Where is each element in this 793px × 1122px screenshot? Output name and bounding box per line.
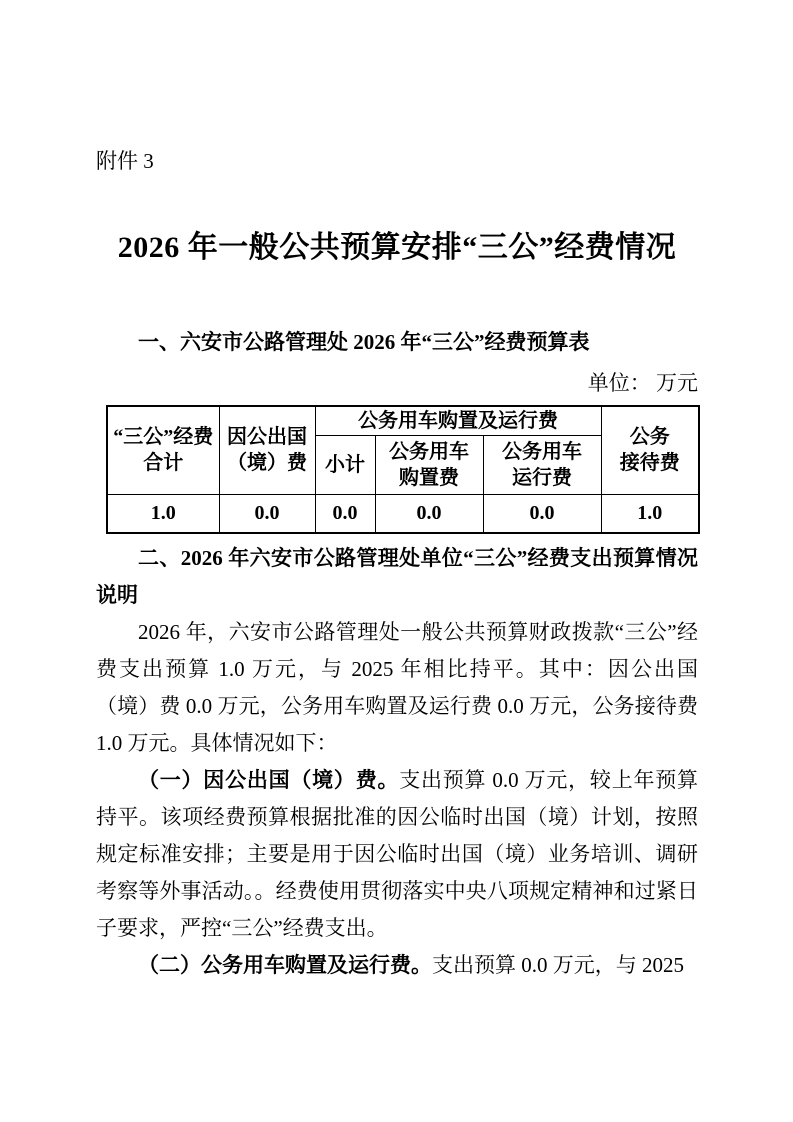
header-vehicle-group: 公务用车购置及运行费 [315,406,601,435]
paragraph-vehicle-fee-body: 支出预算 0.0 万元，与 2025 [432,953,684,977]
budget-table: “三公”经费 合计 因公出国 （境）费 公务用车购置及运行费 公务 接待费 小计… [106,405,700,534]
value-vehicle-purchase: 0.0 [375,494,483,533]
header-reception-fee: 公务 接待费 [601,406,699,494]
attachment-label: 附件 3 [96,147,698,175]
paragraph-overview: 2026 年，六安市公路管理处一般公共预算财政拨款“三公”经费支出预算 1.0 … [96,614,698,762]
section-1-heading: 一、六安市公路管理处 2026 年“三公”经费预算表 [96,327,698,357]
paragraph-abroad-fee-lead: （一）因公出国（境）费。 [138,768,399,792]
header-abroad-fee: 因公出国 （境）费 [219,406,315,494]
header-vehicle-purchase: 公务用车 购置费 [375,435,483,494]
doc-title: 2026 年一般公共预算安排“三公”经费情况 [96,227,698,269]
table-row: 1.0 0.0 0.0 0.0 0.0 1.0 [107,494,699,533]
table-header-row-group: “三公”经费 合计 因公出国 （境）费 公务用车购置及运行费 公务 接待费 [107,406,699,435]
value-subtotal: 0.0 [315,494,375,533]
value-vehicle-operation: 0.0 [483,494,601,533]
paragraph-vehicle-fee-lead: （二）公务用车购置及运行费。 [138,953,432,977]
header-sangong-total: “三公”经费 合计 [107,406,219,494]
paragraph-vehicle-fee: （二）公务用车购置及运行费。支出预算 0.0 万元，与 2025 [96,947,698,984]
value-reception-fee: 1.0 [601,494,699,533]
document-page: 附件 3 2026 年一般公共预算安排“三公”经费情况 一、六安市公路管理处 2… [0,0,793,1122]
header-subtotal: 小计 [315,435,375,494]
paragraph-abroad-fee: （一）因公出国（境）费。支出预算 0.0 万元，较上年预算持平。该项经费预算根据… [96,762,698,947]
value-abroad-fee: 0.0 [219,494,315,533]
unit-label: 单位： 万元 [96,369,698,397]
section-2-heading: 二、2026 年六安市公路管理处单位“三公”经费支出预算情况说明 [96,540,698,614]
paragraph-abroad-fee-body: 支出预算 0.0 万元，较上年预算持平。该项经费预算根据批准的因公临时出国（境）… [96,768,698,940]
header-vehicle-operation: 公务用车 运行费 [483,435,601,494]
value-sangong-total: 1.0 [107,494,219,533]
